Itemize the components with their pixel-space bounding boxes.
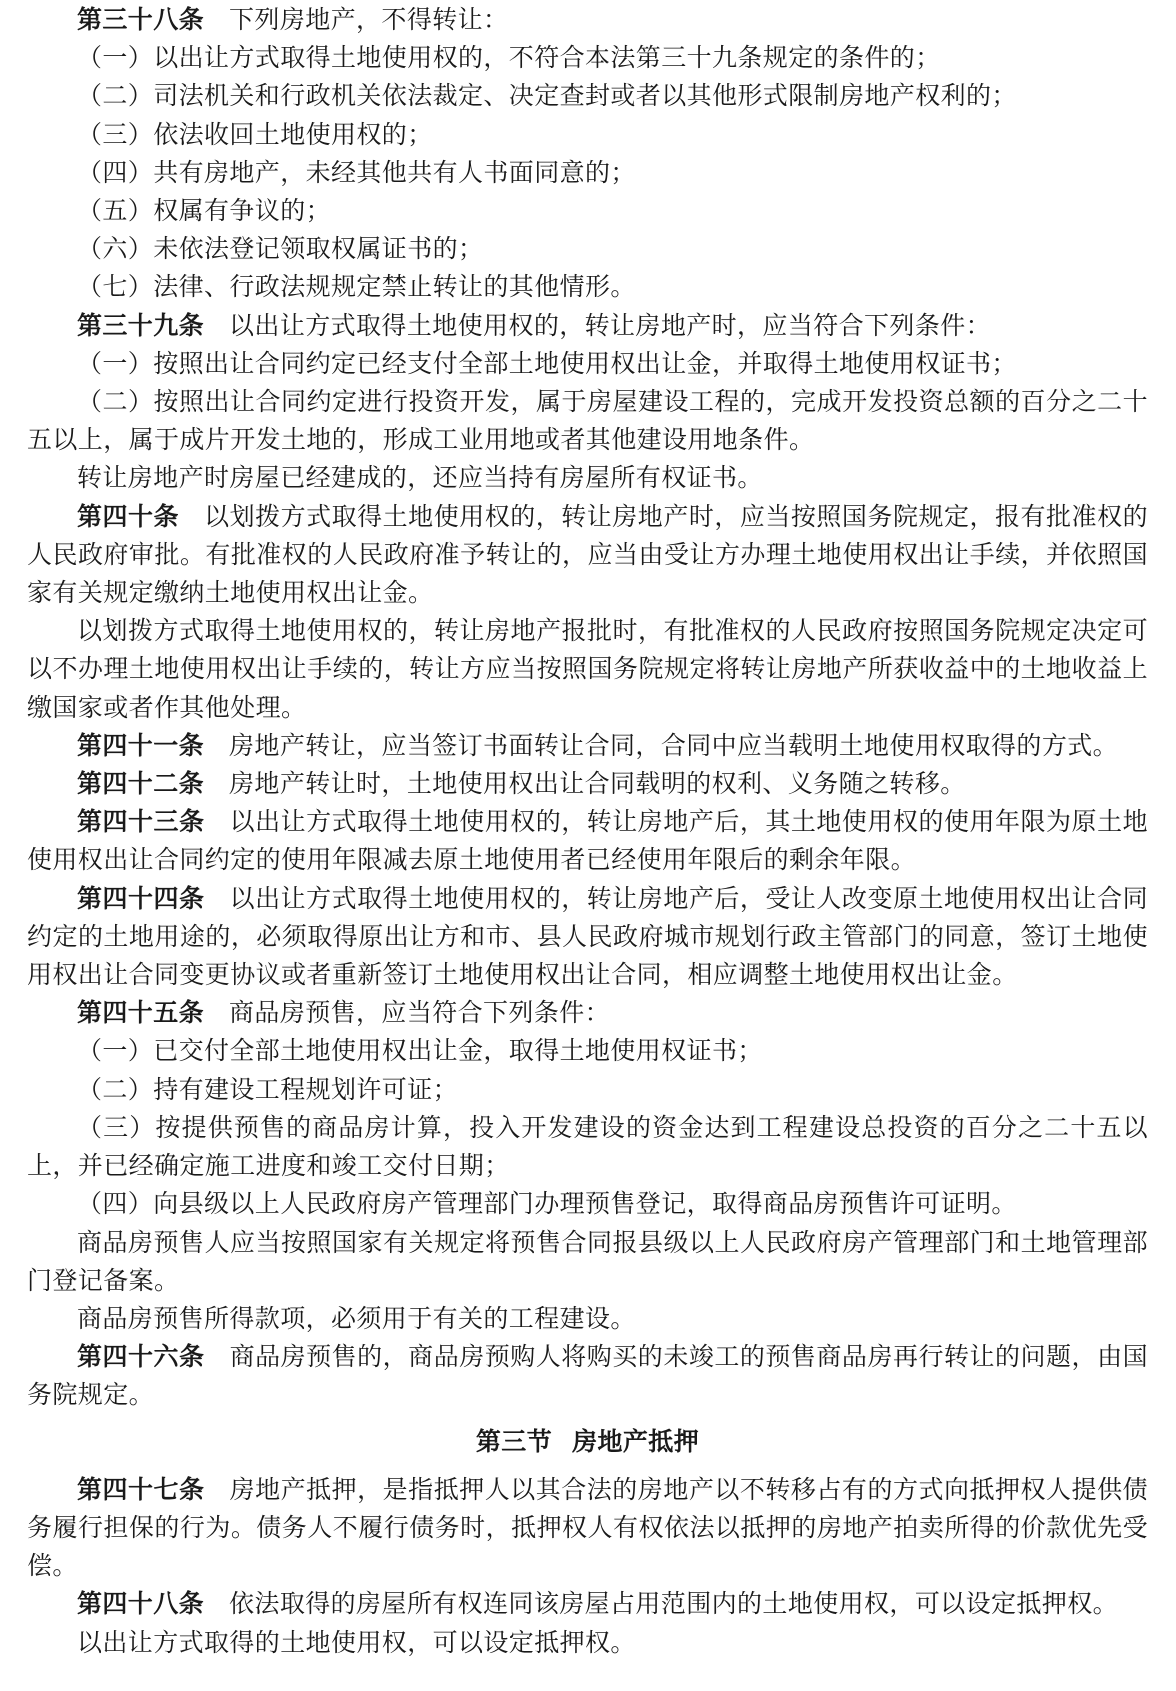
article-number: 第四十八条: [77, 1591, 204, 1618]
paragraph: 商品房预售人应当按照国家有关规定将预售合同报县级以上人民政府房产管理部门和土地管…: [27, 1225, 1148, 1301]
clause-item: （二）按照出让合同约定进行投资开发，属于房屋建设工程的，完成开发投资总额的百分之…: [27, 384, 1148, 460]
article-paragraph: 第四十六条商品房预售的，商品房预购人将购买的未竣工的预售商品房再行转让的问题，由…: [27, 1339, 1148, 1415]
article-number: 第四十四条: [77, 886, 205, 913]
article-paragraph: 第四十七条房地产抵押，是指抵押人以其合法的房地产以不转移占有的方式向抵押权人提供…: [27, 1472, 1148, 1587]
text-run: 转让房地产时房屋已经建成的，还应当持有房屋所有权证书。: [77, 465, 763, 492]
clause-item: （二）司法机关和行政机关依法裁定、决定查封或者以其他形式限制房地产权利的；: [27, 78, 1148, 116]
article-paragraph: 第四十四条以出让方式取得土地使用权的，转让房地产后，受让人改变原土地使用权出让合…: [27, 881, 1148, 996]
text-run: 商品房预售人应当按照国家有关规定将预售合同报县级以上人民政府房产管理部门和土地管…: [27, 1230, 1148, 1295]
clause-item: （一）按照出让合同约定已经支付全部土地使用权出让金，并取得土地使用权证书；: [27, 346, 1148, 384]
paragraph: 以出让方式取得的土地使用权，可以设定抵押权。: [27, 1625, 1148, 1663]
text-run: （二）持有建设工程规划许可证；: [77, 1077, 458, 1104]
clause-item: （三）按提供预售的商品房计算，投入开发建设的资金达到工程建设总投资的百分之二十五…: [27, 1110, 1148, 1186]
text-run: （五）权属有争议的；: [77, 198, 331, 225]
text-run: （二）按照出让合同约定进行投资开发，属于房屋建设工程的，完成开发投资总额的百分之…: [27, 389, 1148, 454]
text-run: （四）向县级以上人民政府房产管理部门办理预售登记，取得商品房预售许可证明。: [77, 1191, 1017, 1218]
clause-item: （五）权属有争议的；: [27, 193, 1148, 231]
clause-item: （六）未依法登记领取权属证书的；: [27, 231, 1148, 269]
text-run: 依法取得的房屋所有权连同该房屋占用范围内的土地使用权，可以设定抵押权。: [229, 1591, 1118, 1618]
article-paragraph: 第四十八条依法取得的房屋所有权连同该房屋占用范围内的土地使用权，可以设定抵押权。: [27, 1586, 1148, 1624]
article-number: 第四十六条: [77, 1344, 205, 1371]
clause-item: （三）依法收回土地使用权的；: [27, 117, 1148, 155]
article-paragraph: 第四十三条以出让方式取得土地使用权的，转让房地产后，其土地使用权的使用年限为原土…: [27, 804, 1148, 880]
text-run: 以出让方式取得的土地使用权，可以设定抵押权。: [77, 1630, 636, 1657]
text-run: （六）未依法登记领取权属证书的；: [77, 236, 483, 263]
text-run: 以划拨方式取得土地使用权的，转让房地产报批时，有批准权的人民政府按照国务院规定决…: [27, 618, 1148, 721]
article-paragraph: 第三十八条下列房地产，不得转让：: [27, 2, 1148, 40]
article-number: 第四十一条: [77, 733, 204, 760]
text-run: （三）按提供预售的商品房计算，投入开发建设的资金达到工程建设总投资的百分之二十五…: [27, 1115, 1148, 1180]
article-number: 第四十条: [77, 504, 179, 531]
text-run: 下列房地产，不得转让：: [229, 7, 508, 34]
article-number: 第四十三条: [77, 809, 205, 836]
clause-item: （四）共有房地产，未经其他共有人书面同意的；: [27, 155, 1148, 193]
clause-item: （二）持有建设工程规划许可证；: [27, 1072, 1148, 1110]
article-paragraph: 第四十一条房地产转让，应当签订书面转让合同，合同中应当载明土地使用权取得的方式。: [27, 728, 1148, 766]
section-number: 第三节: [476, 1429, 552, 1456]
text-run: 房地产转让时，土地使用权出让合同载明的权利、义务随之转移。: [229, 771, 966, 798]
article-paragraph: 第四十条以划拨方式取得土地使用权的，转让房地产时，应当按照国务院规定，报有批准权…: [27, 499, 1148, 614]
document-page: 第三十八条下列房地产，不得转让：（一）以出让方式取得土地使用权的，不符合本法第三…: [0, 0, 1176, 1663]
article-number: 第四十七条: [77, 1477, 205, 1504]
text-run: （一）以出让方式取得土地使用权的，不符合本法第三十九条规定的条件的；: [77, 45, 941, 72]
text-run: 以出让方式取得土地使用权的，转让房地产时，应当符合下列条件：: [229, 313, 991, 340]
document-body: 第三十八条下列房地产，不得转让：（一）以出让方式取得土地使用权的，不符合本法第三…: [27, 2, 1148, 1663]
paragraph: 以划拨方式取得土地使用权的，转让房地产报批时，有批准权的人民政府按照国务院规定决…: [27, 613, 1148, 728]
paragraph: 商品房预售所得款项，必须用于有关的工程建设。: [27, 1301, 1148, 1339]
article-number: 第三十九条: [77, 313, 204, 340]
text-run: （七）法律、行政法规规定禁止转让的其他情形。: [77, 274, 636, 301]
article-paragraph: 第四十五条商品房预售，应当符合下列条件：: [27, 995, 1148, 1033]
article-number: 第三十八条: [77, 7, 204, 34]
clause-item: （一）已交付全部土地使用权出让金，取得土地使用权证书；: [27, 1033, 1148, 1071]
text-run: （二）司法机关和行政机关依法裁定、决定查封或者以其他形式限制房地产权利的；: [77, 83, 1017, 110]
text-run: （四）共有房地产，未经其他共有人书面同意的；: [77, 160, 636, 187]
text-run: （三）依法收回土地使用权的；: [77, 122, 433, 149]
text-run: 房地产转让，应当签订书面转让合同，合同中应当载明土地使用权取得的方式。: [229, 733, 1118, 760]
text-run: 商品房预售所得款项，必须用于有关的工程建设。: [77, 1306, 636, 1333]
text-run: 商品房预售，应当符合下列条件：: [229, 1000, 610, 1027]
article-number: 第四十二条: [77, 771, 204, 798]
article-paragraph: 第四十二条房地产转让时，土地使用权出让合同载明的权利、义务随之转移。: [27, 766, 1148, 804]
text-run: （一）按照出让合同约定已经支付全部土地使用权出让金，并取得土地使用权证书；: [77, 351, 1017, 378]
paragraph: 转让房地产时房屋已经建成的，还应当持有房屋所有权证书。: [27, 460, 1148, 498]
clause-item: （七）法律、行政法规规定禁止转让的其他情形。: [27, 269, 1148, 307]
clause-item: （四）向县级以上人民政府房产管理部门办理预售登记，取得商品房预售许可证明。: [27, 1186, 1148, 1224]
article-number: 第四十五条: [77, 1000, 204, 1027]
clause-item: （一）以出让方式取得土地使用权的，不符合本法第三十九条规定的条件的；: [27, 40, 1148, 78]
text-run: 以划拨方式取得土地使用权的，转让房地产时，应当按照国务院规定，报有批准权的人民政…: [27, 504, 1148, 607]
text-run: 房地产抵押: [572, 1429, 699, 1456]
article-paragraph: 第三十九条以出让方式取得土地使用权的，转让房地产时，应当符合下列条件：: [27, 308, 1148, 346]
page: { "page": { "background": "#ffffff", "te…: [0, 0, 1176, 1691]
text-run: （一）已交付全部土地使用权出让金，取得土地使用权证书；: [77, 1038, 763, 1065]
section-heading: 第三节房地产抵押: [27, 1424, 1148, 1462]
